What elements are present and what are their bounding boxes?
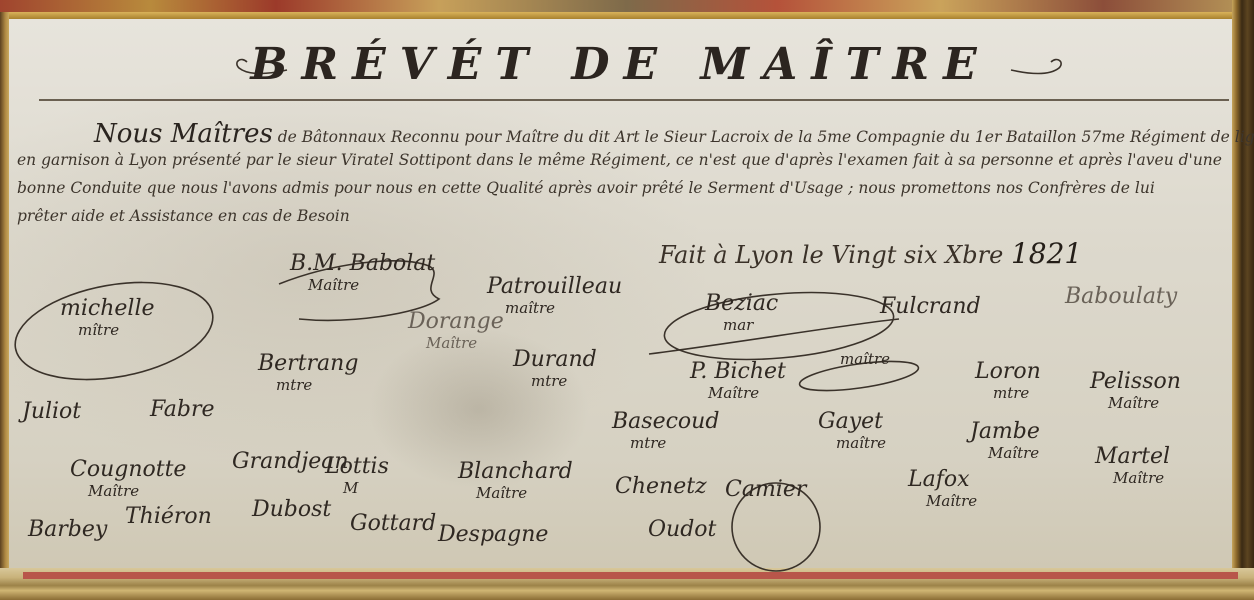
signature-name: Patrouilleau — [487, 275, 622, 299]
body-line-4: prêter aide et Assistance en cas de Beso… — [17, 207, 350, 225]
signature: Beziac mar — [705, 292, 778, 334]
signature-role: maître — [822, 350, 890, 368]
signature: Thiéron — [125, 505, 212, 529]
signature-name: Chenetz — [615, 475, 707, 499]
signature-name: Durand — [513, 348, 597, 372]
signature-role: mar — [705, 316, 778, 334]
signature-name: Cougnotte — [70, 458, 186, 482]
signature-role: mtre — [612, 434, 719, 452]
signature-role: Maître — [1095, 469, 1170, 487]
signature-name: Bertrang — [258, 352, 358, 376]
signature-role: Maître — [908, 492, 977, 510]
signature-name: Martel — [1095, 445, 1170, 469]
body-line-text: de Bâtonnaux Reconnu pour Maître du dit … — [278, 128, 1254, 146]
signature-role: mître — [60, 321, 155, 339]
signature: Despagne — [438, 523, 548, 547]
signature-name: Oudot — [648, 518, 716, 542]
signature: Gayet maître — [818, 410, 886, 452]
signature: Oudot — [648, 518, 716, 542]
signature-name: Fulcrand — [880, 295, 981, 319]
signature-name: Juliot — [22, 400, 81, 424]
signature: Lafox Maître — [908, 468, 977, 510]
signature: Dorange Maître — [408, 310, 504, 352]
signature-name: michelle — [60, 297, 155, 321]
date-year: 1821 — [1011, 237, 1082, 270]
signature-name: Beziac — [705, 292, 778, 316]
signature-name: Lottis — [325, 455, 389, 479]
signature-name: Dubost — [252, 498, 331, 522]
signature-role: Maître — [290, 276, 435, 294]
signature-role: mtre — [258, 376, 358, 394]
body-line-text: bonne Conduite que nous l'avons admis po… — [17, 179, 1155, 197]
signature: Lottis M — [325, 455, 389, 497]
body-line-3: bonne Conduite que nous l'avons admis po… — [17, 179, 1155, 197]
signature-name: Gottard — [350, 512, 436, 536]
body-line-text: en garnison à Lyon présenté par le sieur… — [17, 151, 1222, 169]
signature: Gottard — [350, 512, 436, 536]
signature: maître — [822, 350, 890, 368]
body-line-1: Nous Maîtres de Bâtonnaux Reconnu pour M… — [94, 119, 1254, 149]
red-border-band — [23, 572, 1238, 579]
signature: Loron mtre — [975, 360, 1041, 402]
parchment-document: BRÉVÉT DE MAÎTRE Nous Maîtres de Bâtonna… — [9, 19, 1232, 568]
signature-role: Maître — [970, 444, 1040, 462]
signature-name: P. Bichet — [690, 360, 786, 384]
signature-name: Despagne — [438, 523, 548, 547]
signature: Durand mtre — [513, 348, 597, 390]
signature: Fabre — [150, 398, 215, 422]
signature-role: Maître — [690, 384, 786, 402]
body-line-2: en garnison à Lyon présenté par le sieur… — [17, 151, 1222, 169]
body-line-text: prêter aide et Assistance en cas de Beso… — [17, 207, 350, 225]
signature-name: Basecoud — [612, 410, 719, 434]
signature: B.M. Babolat Maître — [290, 252, 435, 294]
signature-role: maître — [487, 299, 622, 317]
body-lead-word: Nous Maîtres — [94, 119, 273, 149]
signature-role: mtre — [513, 372, 597, 390]
signature-name: Barbey — [28, 518, 107, 542]
signature-name: Camier — [725, 478, 806, 502]
signature: Blanchard Maître — [458, 460, 573, 502]
signature-name: Jambe — [970, 420, 1040, 444]
signature: Dubost — [252, 498, 331, 522]
signature-role: maître — [818, 434, 886, 452]
right-title-flourish-icon — [1009, 54, 1069, 76]
signature-name: Pelisson — [1090, 370, 1181, 394]
signature: Pelisson Maître — [1090, 370, 1181, 412]
date-text: Fait à Lyon le Vingt six Xbre — [659, 241, 1003, 269]
signature-role: Maître — [70, 482, 186, 500]
signature: Bertrang mtre — [258, 352, 358, 394]
title-divider — [39, 99, 1229, 101]
signature-role: Maître — [458, 484, 573, 502]
signature: Martel Maître — [1095, 445, 1170, 487]
signature: Chenetz — [615, 475, 707, 499]
signature: Jambe Maître — [970, 420, 1040, 462]
frame-right-border — [1232, 0, 1254, 600]
signature-name: Thiéron — [125, 505, 212, 529]
frame-gilt-molding — [0, 12, 1254, 19]
signature: Juliot — [22, 400, 81, 424]
signature-name: Blanchard — [458, 460, 573, 484]
signature: Barbey — [28, 518, 107, 542]
signature: P. Bichet Maître — [690, 360, 786, 402]
frame-left-border — [0, 12, 9, 600]
signature: michelle mître — [60, 297, 155, 339]
signature-name: Baboulaty — [1065, 285, 1177, 309]
signature-name: Gayet — [818, 410, 886, 434]
signature-name: B.M. Babolat — [290, 252, 435, 276]
signature-name: Dorange — [408, 310, 504, 334]
signature-role: M — [325, 479, 389, 497]
signature-name: Lafox — [908, 468, 977, 492]
signature-role: Maître — [408, 334, 504, 352]
signature: Basecoud mtre — [612, 410, 719, 452]
signature: Cougnotte Maître — [70, 458, 186, 500]
signature-role: Maître — [1090, 394, 1181, 412]
signature-name: Fabre — [150, 398, 215, 422]
date-line: Fait à Lyon le Vingt six Xbre 1821 — [659, 237, 1082, 270]
signature-name: Loron — [975, 360, 1041, 384]
signature-role: mtre — [975, 384, 1041, 402]
signature: Fulcrand — [880, 295, 981, 319]
signature: Camier — [725, 478, 806, 502]
signature: Patrouilleau maître — [487, 275, 622, 317]
signature: Baboulaty — [1065, 285, 1177, 309]
